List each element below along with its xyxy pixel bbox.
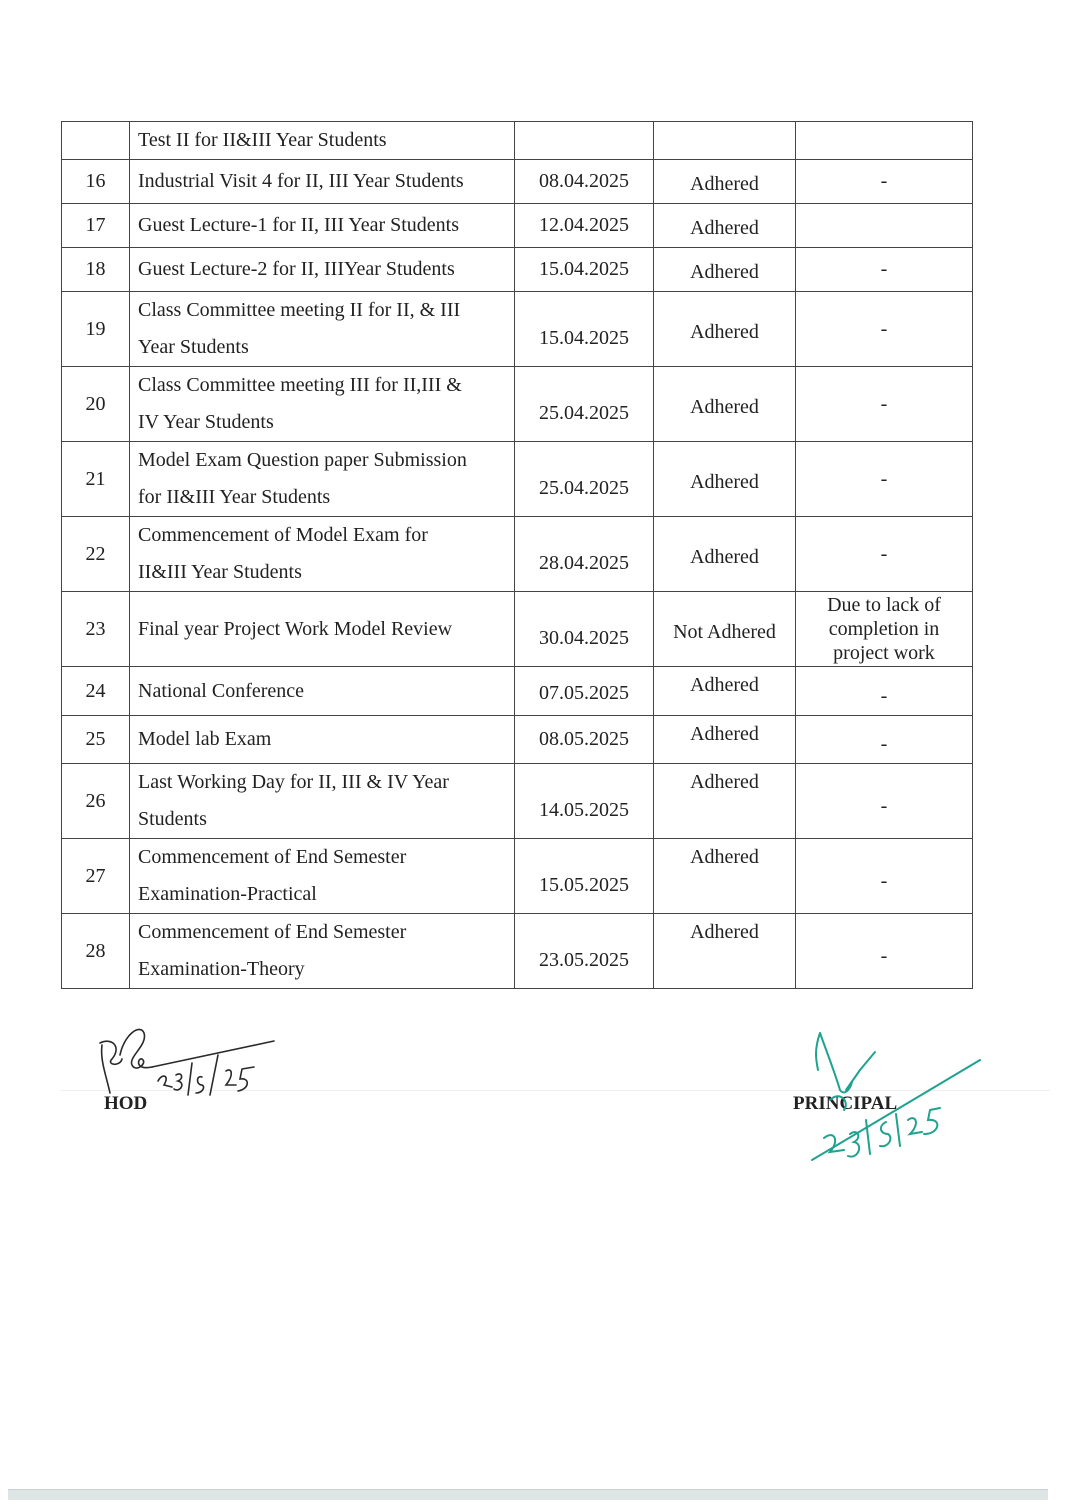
- table-row: 21Model Exam Question paper Submissionfo…: [62, 442, 973, 517]
- event-line: Class Committee meeting II for II, & III: [138, 292, 506, 329]
- table-row: 25Model lab Exam08.05.2025Adhered-: [62, 716, 973, 764]
- date-value: 14.05.2025: [523, 792, 645, 829]
- remarks-cell: -: [796, 667, 973, 716]
- event-cell: Class Committee meeting III for II,III &…: [130, 367, 515, 442]
- remarks-line: -: [804, 726, 964, 763]
- date-cell: 23.05.2025: [515, 914, 654, 989]
- remarks-cell: [796, 122, 973, 160]
- row-number: 22: [62, 517, 130, 592]
- row-number: 24: [62, 667, 130, 716]
- remarks-cell: -: [796, 367, 973, 442]
- table-row: 17Guest Lecture-1 for II, III Year Stude…: [62, 204, 973, 248]
- date-value: 28.04.2025: [523, 545, 645, 582]
- status-cell: Adhered: [654, 839, 796, 914]
- table-row: 20Class Committee meeting III for II,III…: [62, 367, 973, 442]
- event-cell: National Conference: [130, 667, 515, 716]
- status-cell: Not Adhered: [654, 592, 796, 667]
- remarks-line: -: [804, 863, 964, 900]
- remarks-line: -: [804, 536, 964, 573]
- remarks-cell: -: [796, 160, 973, 204]
- event-line: Examination-Practical: [138, 876, 506, 913]
- event-line: Guest Lecture-1 for II, III Year Student…: [138, 207, 506, 244]
- remarks-line: -: [804, 938, 964, 975]
- event-cell: Model Exam Question paper Submissionfor …: [130, 442, 515, 517]
- status-value: Adhered: [662, 539, 787, 576]
- status-cell: Adhered: [654, 292, 796, 367]
- remarks-cell: -: [796, 716, 973, 764]
- remarks-line: Due to lack of: [804, 593, 964, 617]
- row-number: 28: [62, 914, 130, 989]
- status-cell: Adhered: [654, 248, 796, 292]
- event-cell: Class Committee meeting II for II, & III…: [130, 292, 515, 367]
- date-value: 15.04.2025: [523, 251, 645, 288]
- status-cell: Adhered: [654, 716, 796, 764]
- date-value: 08.04.2025: [523, 163, 645, 200]
- remarks-line: project work: [804, 641, 964, 665]
- event-line: Commencement of Model Exam for: [138, 517, 506, 554]
- table-row: 28Commencement of End SemesterExaminatio…: [62, 914, 973, 989]
- event-cell: Industrial Visit 4 for II, III Year Stud…: [130, 160, 515, 204]
- event-line: Class Committee meeting III for II,III &: [138, 367, 506, 404]
- event-line: Commencement of End Semester: [138, 839, 506, 876]
- table-row: 18Guest Lecture-2 for II, IIIYear Studen…: [62, 248, 973, 292]
- event-line: Last Working Day for II, III & IV Year: [138, 764, 506, 801]
- event-line: Model lab Exam: [138, 721, 506, 758]
- row-number: 23: [62, 592, 130, 667]
- event-line: Final year Project Work Model Review: [138, 611, 506, 648]
- status-value: Adhered: [662, 464, 787, 501]
- remarks-line: -: [804, 386, 964, 423]
- remarks-cell: -: [796, 839, 973, 914]
- status-value: Adhered: [690, 723, 759, 745]
- remarks-cell: -: [796, 517, 973, 592]
- row-number: 17: [62, 204, 130, 248]
- status-cell: Adhered: [654, 442, 796, 517]
- schedule-table: Test II for II&III Year Students16Indust…: [61, 121, 973, 989]
- table-row: 26Last Working Day for II, III & IV Year…: [62, 764, 973, 839]
- scan-bottom-edge: [8, 1489, 1048, 1500]
- status-cell: Adhered: [654, 667, 796, 716]
- date-value: 15.04.2025: [523, 320, 645, 357]
- table-row: 22Commencement of Model Exam forII&III Y…: [62, 517, 973, 592]
- event-line: IV Year Students: [138, 404, 506, 441]
- remarks-cell: -: [796, 442, 973, 517]
- event-cell: Guest Lecture-1 for II, III Year Student…: [130, 204, 515, 248]
- event-line: Students: [138, 801, 506, 838]
- event-line: Year Students: [138, 329, 506, 366]
- row-number: [62, 122, 130, 160]
- remarks-line: -: [804, 311, 964, 348]
- date-cell: 28.04.2025: [515, 517, 654, 592]
- date-value: 25.04.2025: [523, 395, 645, 432]
- remarks-line: -: [804, 163, 964, 200]
- date-cell: 15.04.2025: [515, 292, 654, 367]
- date-cell: 25.04.2025: [515, 367, 654, 442]
- status-value: Adhered: [662, 914, 787, 951]
- remarks-line: completion in: [804, 617, 964, 641]
- event-cell: Commencement of Model Exam forII&III Yea…: [130, 517, 515, 592]
- status-value: Adhered: [662, 254, 787, 291]
- date-value: 23.05.2025: [523, 942, 645, 979]
- table-row: 23Final year Project Work Model Review30…: [62, 592, 973, 667]
- table-row: Test II for II&III Year Students: [62, 122, 973, 160]
- status-cell: Adhered: [654, 914, 796, 989]
- row-number: 21: [62, 442, 130, 517]
- status-value: Adhered: [662, 210, 787, 247]
- event-line: National Conference: [138, 673, 506, 710]
- table-row: 16Industrial Visit 4 for II, III Year St…: [62, 160, 973, 204]
- event-cell: Test II for II&III Year Students: [130, 122, 515, 160]
- row-number: 16: [62, 160, 130, 204]
- event-cell: Commencement of End SemesterExamination-…: [130, 839, 515, 914]
- table-row: 19Class Committee meeting II for II, & I…: [62, 292, 973, 367]
- principal-signature-icon: [800, 1030, 990, 1180]
- event-line: Examination-Theory: [138, 951, 506, 988]
- hod-label: HOD: [104, 1093, 147, 1115]
- date-cell: 07.05.2025: [515, 667, 654, 716]
- status-cell: Adhered: [654, 764, 796, 839]
- status-value: Adhered: [662, 839, 787, 876]
- event-cell: Model lab Exam: [130, 716, 515, 764]
- status-cell: Adhered: [654, 160, 796, 204]
- row-number: 18: [62, 248, 130, 292]
- status-value: Adhered: [690, 674, 759, 696]
- remarks-line: -: [804, 678, 964, 715]
- status-value: Adhered: [662, 389, 787, 426]
- date-value: 15.05.2025: [523, 867, 645, 904]
- row-number: 27: [62, 839, 130, 914]
- date-cell: 12.04.2025: [515, 204, 654, 248]
- event-line: Model Exam Question paper Submission: [138, 442, 506, 479]
- remarks-line: -: [804, 788, 964, 825]
- row-number: 26: [62, 764, 130, 839]
- event-cell: Final year Project Work Model Review: [130, 592, 515, 667]
- table-row: 27Commencement of End SemesterExaminatio…: [62, 839, 973, 914]
- document-page: Test II for II&III Year Students16Indust…: [0, 0, 1068, 1510]
- event-line: for II&III Year Students: [138, 479, 506, 516]
- remarks-cell: -: [796, 914, 973, 989]
- remarks-cell: -: [796, 248, 973, 292]
- table-row: 24National Conference07.05.2025Adhered-: [62, 667, 973, 716]
- date-cell: 08.05.2025: [515, 716, 654, 764]
- date-cell: 08.04.2025: [515, 160, 654, 204]
- remarks-cell: [796, 204, 973, 248]
- date-cell: 15.05.2025: [515, 839, 654, 914]
- status-value: Adhered: [662, 314, 787, 351]
- date-cell: 30.04.2025: [515, 592, 654, 667]
- event-line: II&III Year Students: [138, 554, 506, 591]
- date-cell: 25.04.2025: [515, 442, 654, 517]
- status-value: Not Adhered: [662, 614, 787, 651]
- row-number: 25: [62, 716, 130, 764]
- date-value: 07.05.2025: [523, 675, 645, 712]
- event-cell: Commencement of End SemesterExamination-…: [130, 914, 515, 989]
- event-line: Industrial Visit 4 for II, III Year Stud…: [138, 163, 506, 200]
- remarks-cell: Due to lack ofcompletion inproject work: [796, 592, 973, 667]
- status-value: Adhered: [662, 166, 787, 203]
- status-cell: [654, 122, 796, 160]
- row-number: 20: [62, 367, 130, 442]
- date-value: 25.04.2025: [523, 470, 645, 507]
- row-number: 19: [62, 292, 130, 367]
- remarks-cell: -: [796, 292, 973, 367]
- remarks-line: -: [804, 461, 964, 498]
- status-value: Adhered: [662, 764, 787, 801]
- event-cell: Last Working Day for II, III & IV YearSt…: [130, 764, 515, 839]
- event-cell: Guest Lecture-2 for II, IIIYear Students: [130, 248, 515, 292]
- date-cell: 15.04.2025: [515, 248, 654, 292]
- status-cell: Adhered: [654, 367, 796, 442]
- date-value: 08.05.2025: [523, 721, 645, 758]
- remarks-cell: -: [796, 764, 973, 839]
- date-value: 12.04.2025: [523, 207, 645, 244]
- status-cell: Adhered: [654, 517, 796, 592]
- remarks-line: -: [804, 251, 964, 288]
- event-line: Guest Lecture-2 for II, IIIYear Students: [138, 251, 506, 288]
- date-cell: 14.05.2025: [515, 764, 654, 839]
- event-line: Commencement of End Semester: [138, 914, 506, 951]
- event-line: Test II for II&III Year Students: [138, 122, 506, 159]
- status-cell: Adhered: [654, 204, 796, 248]
- date-cell: [515, 122, 654, 160]
- date-value: 30.04.2025: [523, 620, 645, 657]
